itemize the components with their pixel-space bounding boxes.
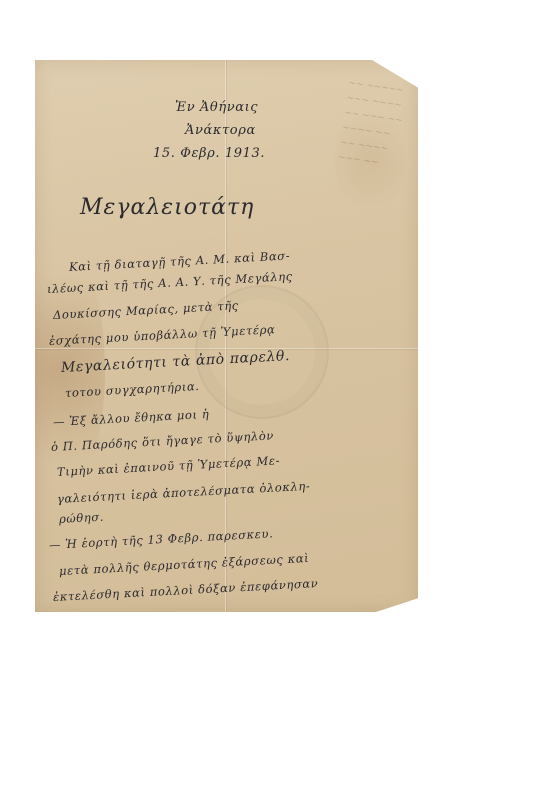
body-line: ἐκτελέσθη καὶ πολλοὶ δόξαν ἐπεφάνησαν [53,576,319,604]
salutation: Μεγαλειοτάτη [80,195,254,220]
letter-paper: ~~ ~~~~~ ~~~ ~~~~ ~~ ~~~ ~~ ~~~~ ~~ ~~ ~… [35,60,418,612]
body-line: — Ἡ ἑορτὴ τῆς 13 Φεβρ. παρεσκευ. [49,526,274,552]
header-place: Ἐν Ἀθήναις [175,100,258,115]
body-line: γαλειότητι ἱερὰ ἀποτελέσματα ὁλοκλη- [57,479,311,506]
header-date: 15. Φεβρ. 1913. [153,146,265,161]
body-line: ρώθησ. [59,510,105,526]
header-palace: Ἀνάκτορα [185,123,256,138]
body-line: μετὰ πολλῆς θερμοτάτης ἐξάρσεως καὶ [59,551,310,578]
margin-bleedthrough-text: ~~ ~~~~~ ~~~ ~~~~ ~~ ~~~ ~~ ~~~~ ~~ ~~ ~… [337,76,407,173]
